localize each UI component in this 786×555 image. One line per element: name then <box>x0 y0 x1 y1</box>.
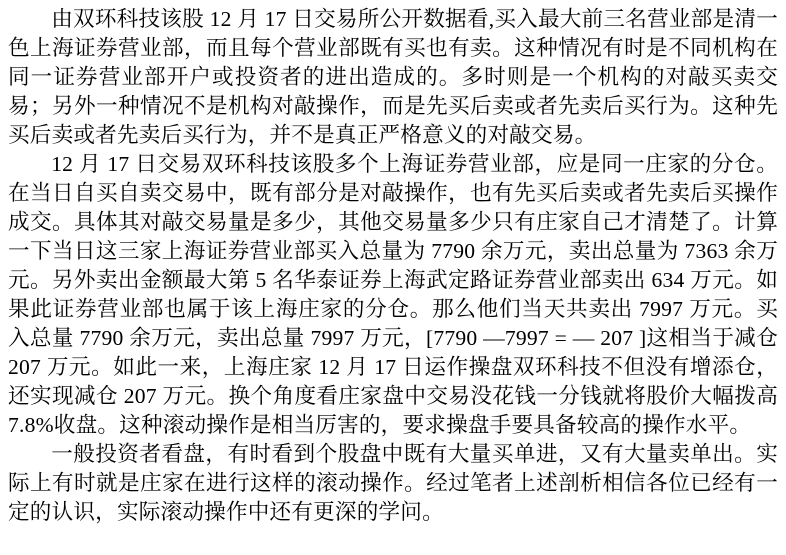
paragraph-1: 由双环科技该股 12 月 17 日交易所公开数据看,买入最大前三名营业部是清一色… <box>8 5 778 150</box>
paragraph-2: 12 月 17 日交易双环科技该股多个上海证券营业部，应是同一庄家的分仓。在当日… <box>8 150 778 440</box>
paragraph-3: 一般投资者看盘，有时看到个股盘中既有大量买单进，又有大量卖单出。实际上有时就是庄… <box>8 440 778 527</box>
document-page: 由双环科技该股 12 月 17 日交易所公开数据看,买入最大前三名营业部是清一色… <box>0 0 786 555</box>
